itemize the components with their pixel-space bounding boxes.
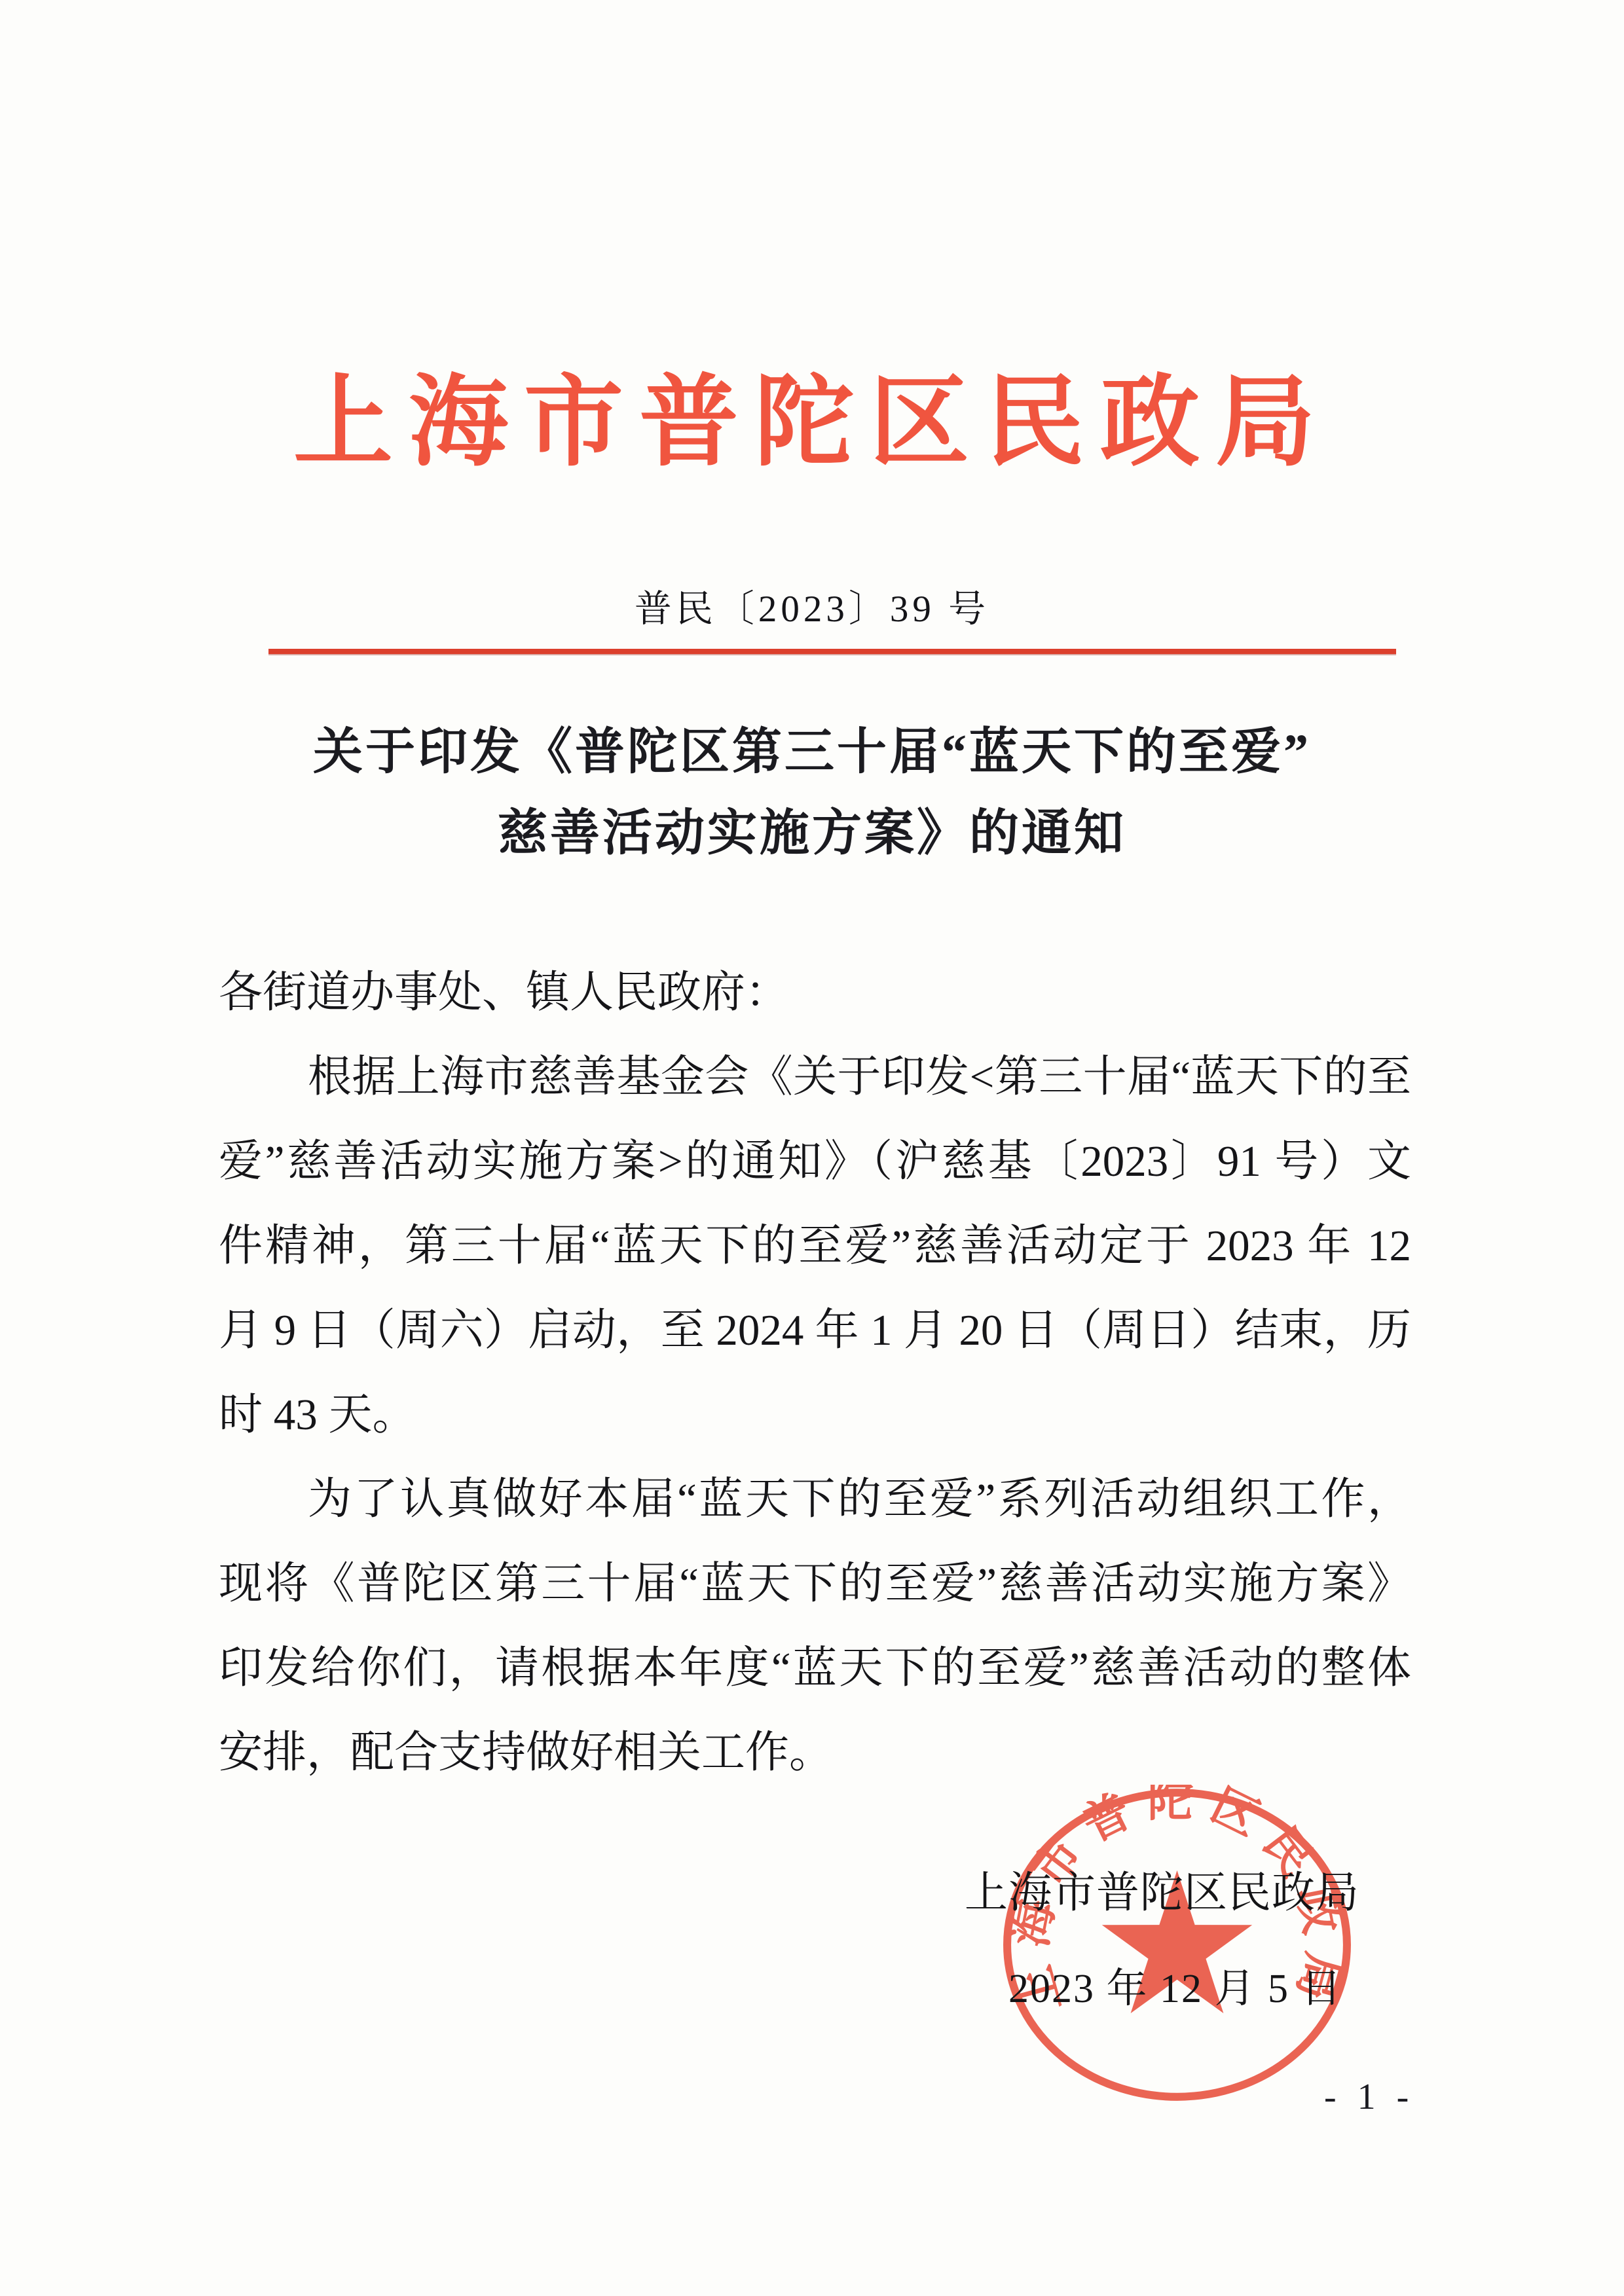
signature-date: 2023 年 12 月 5 日 bbox=[1008, 1964, 1343, 2014]
body-line: 爱”慈善活动实施方案>的通知》（沪慈基〔2023〕91 号）文 bbox=[219, 1120, 1411, 1204]
notice-title-line-2: 慈善活动实施方案》的通知 bbox=[0, 805, 1624, 862]
body-line: 时 43 天。 bbox=[219, 1373, 1411, 1457]
official-document-page: 上海市普陀区民政局 普民〔2023〕39 号 关于印发《普陀区第三十届“蓝天下的… bbox=[0, 0, 1624, 2296]
salutation-line: 各街道办事处、镇人民政府： bbox=[219, 951, 1411, 1035]
issuing-authority-title: 上海市普陀区民政局 bbox=[0, 371, 1624, 475]
body-line: 安排，配合支持做好相关工作。 bbox=[219, 1711, 1411, 1795]
body-line: 现将《普陀区第三十届“蓝天下的至爱”慈善活动实施方案》 bbox=[219, 1542, 1411, 1626]
body-line: 件精神，第三十届“蓝天下的至爱”慈善活动定于 2023 年 12 bbox=[219, 1204, 1411, 1288]
official-red-seal: 上海市普陀区民政局 bbox=[999, 1785, 1355, 2105]
document-body: 各街道办事处、镇人民政府： 根据上海市慈善基金会《关于印发<第三十届“蓝天下的至… bbox=[219, 951, 1411, 1795]
document-reference-number: 普民〔2023〕39 号 bbox=[0, 587, 1624, 632]
red-divider-rule bbox=[268, 649, 1396, 654]
page-number: - 1 - bbox=[1324, 2075, 1409, 2119]
body-line: 印发给你们，请根据本年度“蓝天下的至爱”慈善活动的整体 bbox=[219, 1626, 1411, 1711]
signature-authority: 上海市普陀区民政局 bbox=[965, 1867, 1359, 1920]
body-line: 月 9 日（周六）启动，至 2024 年 1 月 20 日（周日）结束，历 bbox=[219, 1288, 1411, 1373]
body-line: 根据上海市慈善基金会《关于印发<第三十届“蓝天下的至 bbox=[219, 1035, 1411, 1120]
notice-title-line-1: 关于印发《普陀区第三十届“蓝天下的至爱” bbox=[0, 724, 1624, 780]
body-line: 为了认真做好本届“蓝天下的至爱”系列活动组织工作， bbox=[219, 1457, 1411, 1542]
